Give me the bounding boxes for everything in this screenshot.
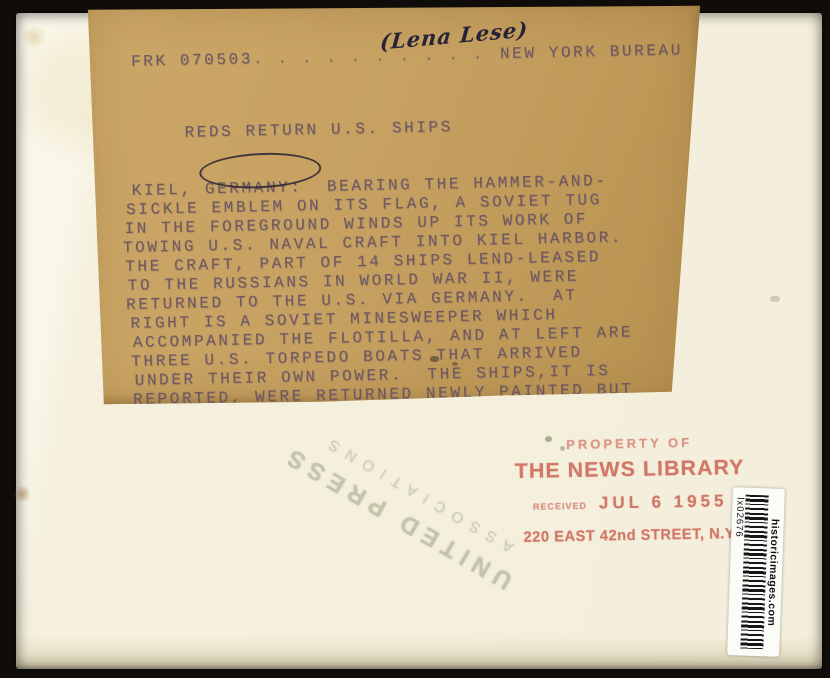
news-library-label: THE NEWS LIBRARY (512, 456, 747, 484)
header-dot-leader: . . . . . . . . . . . . . . . . (253, 45, 500, 69)
barcode-sticker: historicimages.com lx02676 (727, 487, 785, 657)
news-library-stamp: PROPERTY OF THE NEWS LIBRARY RECEIVED JU… (514, 434, 746, 546)
received-date: JUL 6 1955 (599, 491, 728, 513)
received-date-row: RECEIVED JUL 6 1955 (515, 491, 745, 515)
caption-slip: FRK 070503 . . . . . . . . . . . . . . .… (86, 5, 702, 405)
caption-title: REDS RETURN U.S. SHIPS (184, 113, 684, 142)
bureau-label: NEW YORK BUREAU (500, 41, 683, 64)
photo-back-scan: UNITED PRESS ASSOCIATIONS FRK 070503 . .… (0, 0, 830, 678)
property-of-label: PROPERTY OF (514, 434, 744, 453)
photo-reference-number: FRK 070503 (131, 50, 253, 72)
caption-body: KIEL, GERMANY: BEARING THE HAMMER-AND-SI… (125, 170, 690, 429)
received-label: RECEIVED (533, 501, 587, 512)
